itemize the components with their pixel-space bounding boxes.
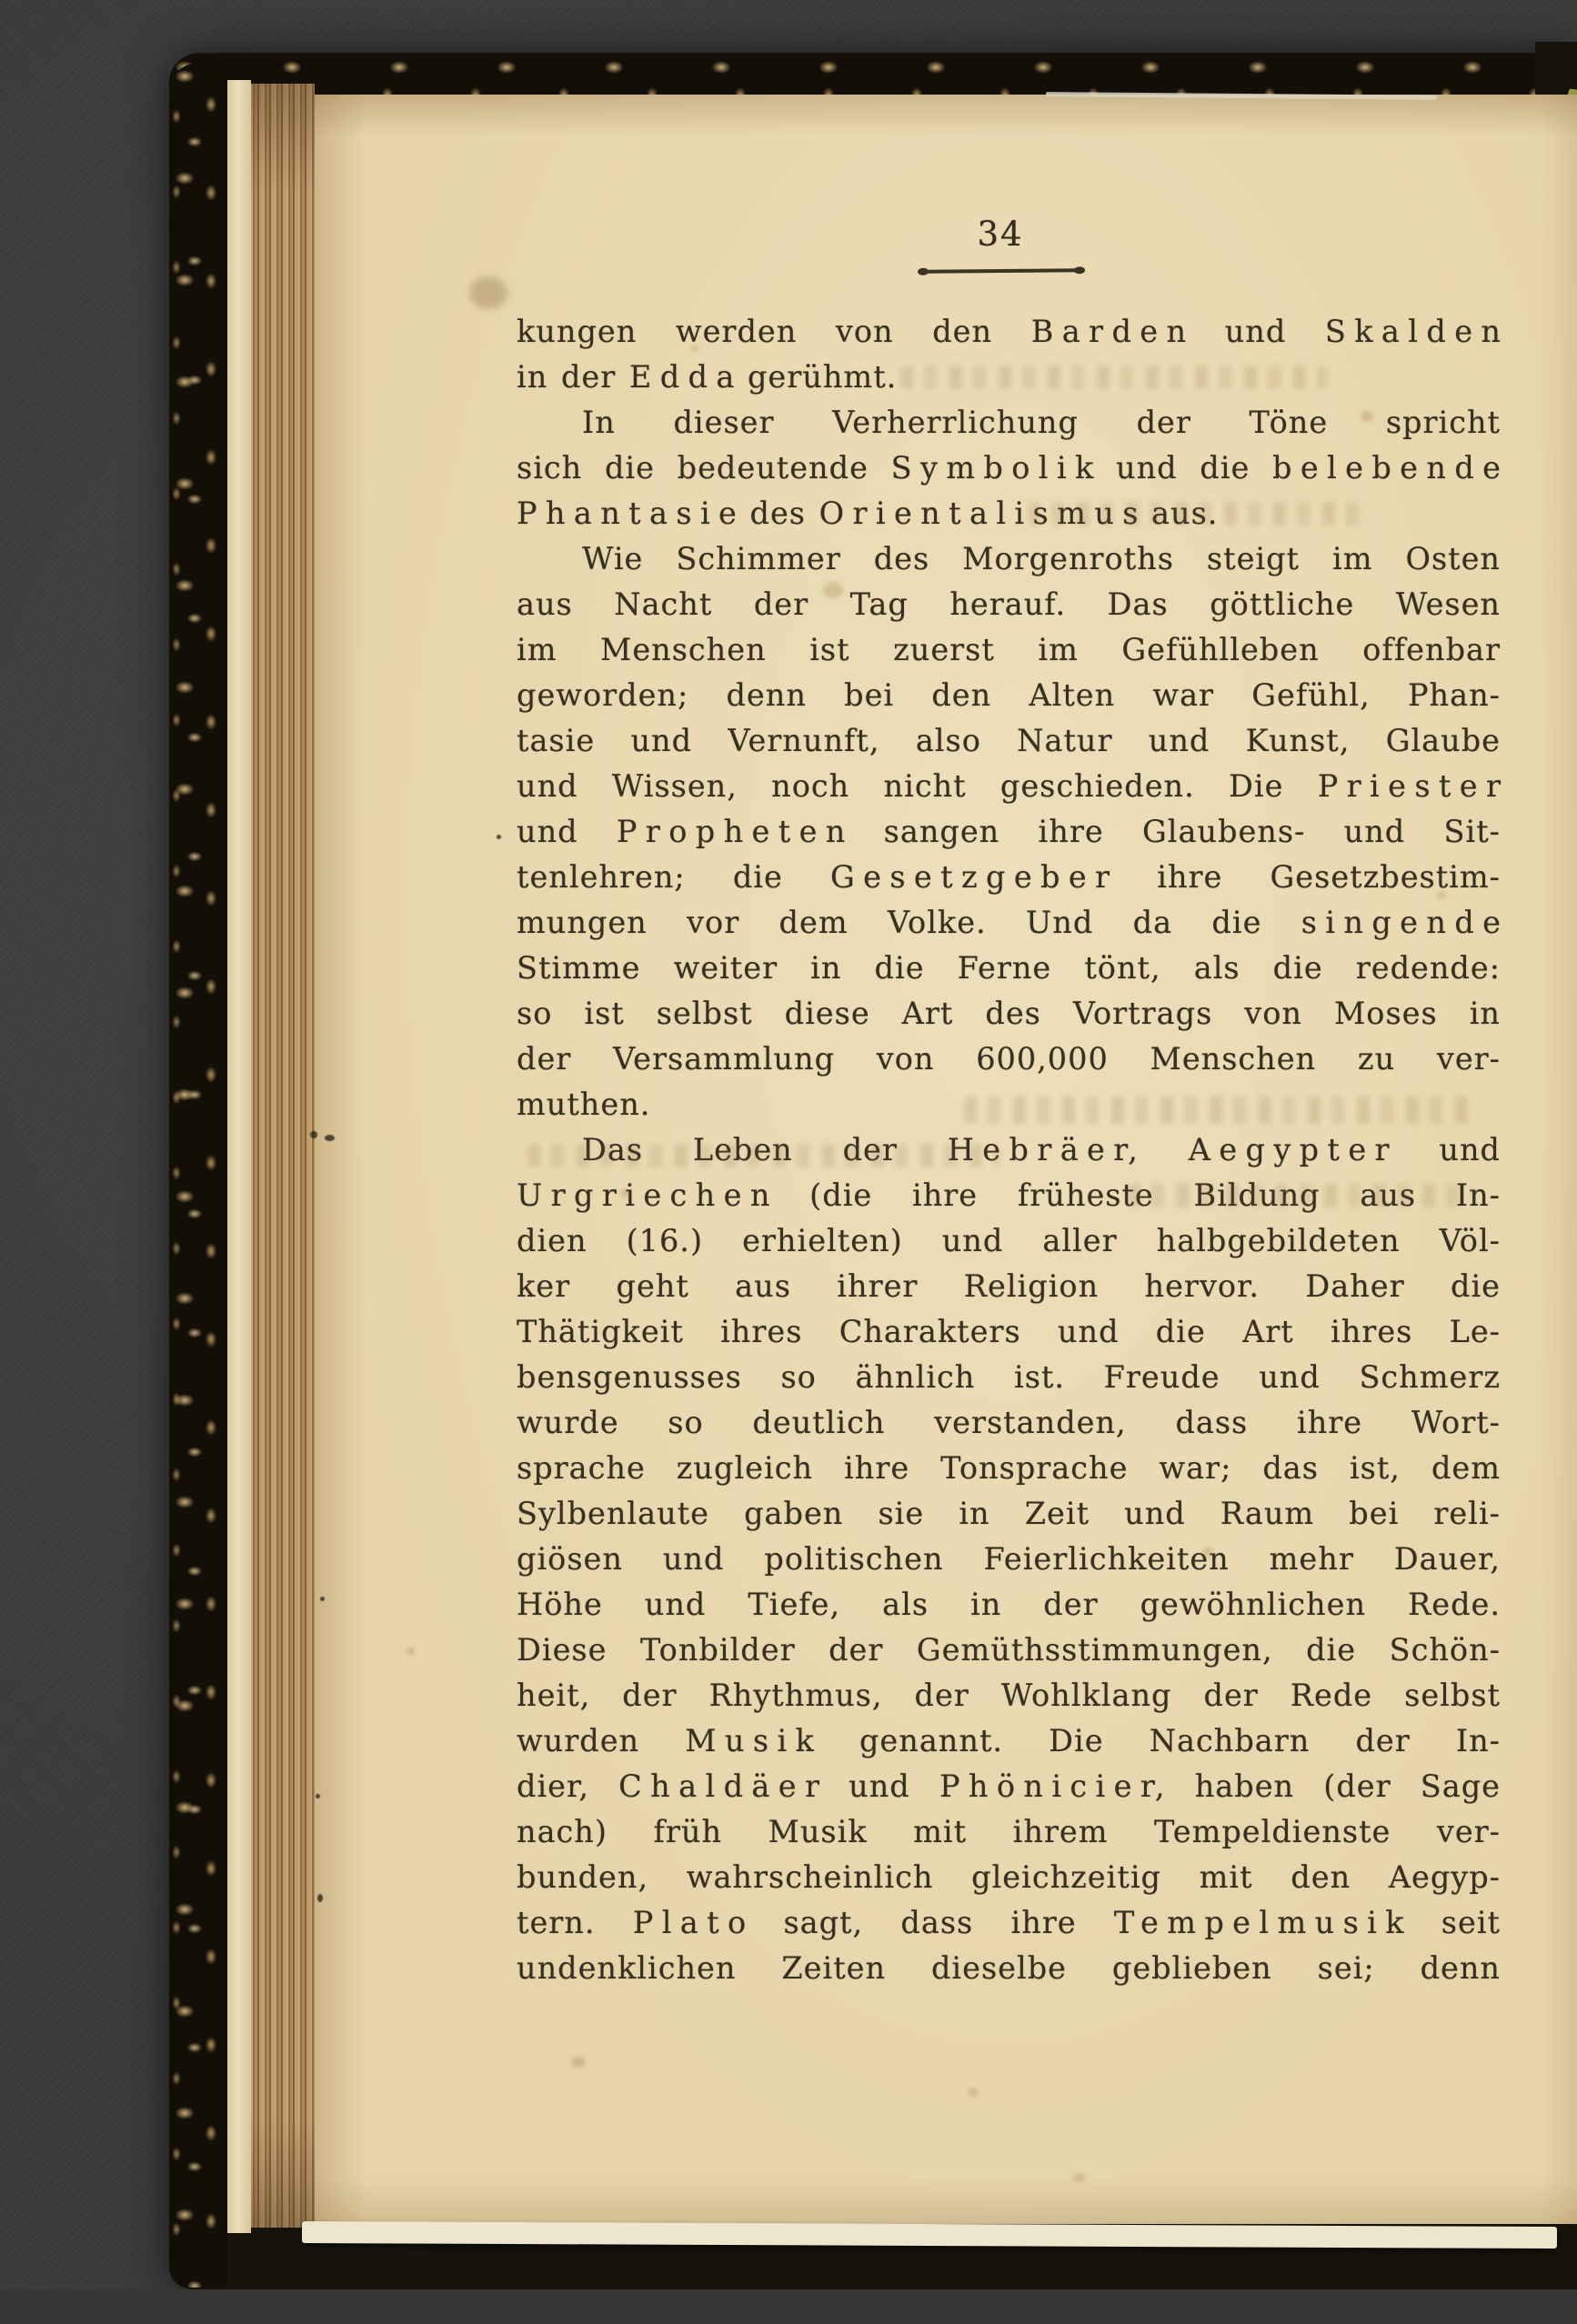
letterspaced-word: Urgriechen bbox=[517, 1177, 778, 1213]
letterspaced-word: Aegypter bbox=[1189, 1132, 1398, 1167]
text-line: nach) früh Musik mit ihrem Tempeldienste… bbox=[517, 1809, 1501, 1855]
margin-ink-speck bbox=[320, 1597, 325, 1601]
foxing-stain bbox=[1202, 1548, 1213, 1557]
foxing-stain bbox=[620, 1189, 629, 1197]
foxing-stain bbox=[469, 276, 507, 309]
text-line: tern. Plato sagt, dass ihre Tempelmusik … bbox=[517, 1900, 1501, 1946]
text-run: bunden, wahrscheinlich gleichzeitig mit … bbox=[517, 1859, 1501, 1895]
text-line: Höhe und Tiefe, als in der gewöhnlichen … bbox=[517, 1582, 1501, 1628]
letterspaced-word: singende bbox=[1301, 905, 1510, 940]
page-number-rule bbox=[920, 268, 1082, 274]
letterspaced-word: Tempelmusik bbox=[1114, 1905, 1412, 1940]
text-run: Diese Tonbilder der Gemüthsstimmungen, d… bbox=[517, 1632, 1501, 1668]
text-line: im Menschen ist zuerst im Gefühlleben of… bbox=[517, 627, 1501, 673]
letterspaced-word: belebende bbox=[1272, 450, 1509, 486]
text-line: ker geht aus ihrer Religion hervor. Dahe… bbox=[517, 1264, 1501, 1309]
text-line: Stimme weiter in die Ferne tönt, als die… bbox=[517, 946, 1501, 991]
text-run: genannt. Die Nachbarn der In- bbox=[814, 1723, 1501, 1758]
text-run: und bbox=[1390, 1132, 1501, 1167]
text-run: wurde so deutlich verstanden, dass ihre … bbox=[517, 1405, 1501, 1440]
text-line: Thätigkeit ihres Charakters und die Art … bbox=[517, 1309, 1501, 1355]
marbled-cover-edge-left bbox=[169, 64, 227, 2288]
text-line: bunden, wahrscheinlich gleichzeitig mit … bbox=[517, 1855, 1501, 1900]
text-line: giösen und politischen Feierlichkeiten m… bbox=[517, 1537, 1501, 1582]
text-run: Wie Schimmer des Morgenroths steigt im O… bbox=[582, 541, 1501, 576]
verso-showthrough bbox=[964, 1097, 1473, 1124]
letterspaced-word: Phantasie bbox=[517, 496, 745, 531]
page-number: 34 bbox=[909, 215, 1091, 254]
text-run: ker geht aus ihrer Religion hervor. Dahe… bbox=[517, 1268, 1501, 1304]
text-line: geworden; denn bei den Alten war Gefühl,… bbox=[517, 673, 1501, 718]
text-line: dier, Chaldäer und Phönicier, haben (der… bbox=[517, 1764, 1501, 1809]
text-line: sich die bedeutende Symbolik und die bel… bbox=[517, 446, 1501, 491]
text-run: Stimme weiter in die Ferne tönt, als die… bbox=[517, 950, 1501, 986]
foxing-stain bbox=[691, 346, 698, 352]
text-run: sich die bedeutende bbox=[517, 450, 891, 486]
foxing-stain bbox=[1073, 2173, 1086, 2182]
text-run: dier, bbox=[517, 1768, 618, 1804]
letterspaced-word: Symbolik bbox=[891, 450, 1102, 486]
margin-ink-speck bbox=[497, 835, 501, 839]
foxing-stain bbox=[571, 2057, 586, 2068]
text-line: sprache zugleich ihre Tonsprache war; da… bbox=[517, 1446, 1501, 1491]
text-line: Sylbenlaute gaben sie in Zeit und Raum b… bbox=[517, 1491, 1501, 1537]
text-run: aus Nacht der Tag herauf. Das göttliche … bbox=[517, 586, 1501, 622]
text-line: so ist selbst diese Art des Vortrags von… bbox=[517, 991, 1501, 1037]
text-run: seit bbox=[1404, 1905, 1501, 1940]
letterspaced-word: Phönicier bbox=[939, 1768, 1163, 1804]
text-run: bensgenusses so ähnlich ist. Freude und … bbox=[517, 1359, 1501, 1395]
verso-showthrough bbox=[1128, 1184, 1473, 1207]
foxing-stain bbox=[968, 2088, 979, 2097]
text-line: In dieser Verherrlichung der Töne sprich… bbox=[517, 400, 1501, 446]
text-run: mungen vor dem Volke. Und da die bbox=[517, 905, 1301, 940]
letterspaced-word: Edda bbox=[629, 359, 743, 395]
text-run: muthen. bbox=[517, 1087, 650, 1122]
text-line: Diese Tonbilder der Gemüthsstimmungen, d… bbox=[517, 1628, 1501, 1673]
text-run: In dieser Verherrlichung der Töne sprich… bbox=[582, 405, 1501, 440]
text-line: und Propheten sangen ihre Glaubens- und … bbox=[517, 809, 1501, 855]
margin-ink-speck bbox=[317, 1894, 323, 1902]
text-run: , bbox=[1128, 1132, 1188, 1167]
letterspaced-word: Gesetzgeber bbox=[830, 859, 1118, 895]
text-run: heit, der Rhythmus, der Wohlklang der Re… bbox=[517, 1678, 1501, 1713]
text-run: sprache zugleich ihre Tonsprache war; da… bbox=[517, 1450, 1501, 1486]
text-run: wurden bbox=[517, 1723, 685, 1758]
text-line: mungen vor dem Volke. Und da die singend… bbox=[517, 900, 1501, 946]
text-run: undenklichen Zeiten dieselbe geblieben s… bbox=[517, 1950, 1501, 1986]
text-run: Sylbenlaute gaben sie in Zeit und Raum b… bbox=[517, 1496, 1501, 1531]
text-line: dien (16.) erhielten) und aller halbgebi… bbox=[517, 1218, 1501, 1264]
text-run: giösen und politischen Feierlichkeiten m… bbox=[517, 1541, 1501, 1577]
foxing-stain bbox=[407, 1648, 415, 1655]
text-run: tasie und Vernunft, also Natur und Kunst… bbox=[517, 723, 1501, 758]
text-run: und bbox=[517, 814, 617, 849]
text-run: gerühmt. bbox=[734, 359, 897, 395]
page-header: 34 bbox=[909, 215, 1091, 254]
text-line: kungen werden von den Barden und Skalden bbox=[517, 309, 1501, 355]
photo-background-bottom bbox=[0, 2289, 1577, 2324]
text-line: tasie und Vernunft, also Natur und Kunst… bbox=[517, 718, 1501, 764]
text-run: so ist selbst diese Art des Vortrags von… bbox=[517, 996, 1501, 1031]
foxing-stain bbox=[1361, 411, 1373, 422]
page-edges-stack bbox=[251, 84, 315, 2228]
book-scan-photo: 34 kungen werden von den Barden und Skal… bbox=[0, 0, 1577, 2324]
text-run: dien (16.) erhielten) und aller halbgebi… bbox=[517, 1223, 1501, 1258]
text-run: und bbox=[1186, 314, 1325, 349]
text-line: bensgenusses so ähnlich ist. Freude und … bbox=[517, 1355, 1501, 1400]
text-run: der Versammlung von 600,000 Menschen zu … bbox=[517, 1041, 1501, 1077]
text-run: tenlehren; die bbox=[517, 859, 830, 895]
letterspaced-word: Propheten bbox=[617, 814, 854, 849]
letterspaced-word: Musik bbox=[685, 1723, 822, 1758]
text-line: tenlehren; die Gesetzgeber ihre Gesetzbe… bbox=[517, 855, 1501, 900]
letterspaced-word: Plato bbox=[633, 1905, 755, 1940]
letterspaced-word: Skalden bbox=[1325, 314, 1509, 349]
text-run: ihre Gesetzbestim- bbox=[1110, 859, 1501, 895]
text-line: und Wissen, noch nicht geschieden. Die P… bbox=[517, 764, 1501, 809]
text-run: Höhe und Tiefe, als in der gewöhnlichen … bbox=[517, 1587, 1501, 1622]
text-run: nach) früh Musik mit ihrem Tempeldienste… bbox=[517, 1814, 1501, 1849]
text-run: und die bbox=[1093, 450, 1272, 486]
margin-ink-speck bbox=[325, 1135, 335, 1141]
text-run: Thätigkeit ihres Charakters und die Art … bbox=[517, 1314, 1501, 1349]
foxing-stain bbox=[1437, 891, 1446, 899]
letterspaced-word: Barden bbox=[1031, 314, 1195, 349]
text-line: aus Nacht der Tag herauf. Das göttliche … bbox=[517, 582, 1501, 627]
text-run: geworden; denn bei den Alten war Gefühl,… bbox=[517, 677, 1501, 713]
verso-showthrough bbox=[1028, 502, 1364, 526]
text-run: sangen ihre Glaubens- und Sit- bbox=[845, 814, 1501, 849]
text-line: wurde so deutlich verstanden, dass ihre … bbox=[517, 1400, 1501, 1446]
margin-ink-speck bbox=[316, 1794, 320, 1798]
text-run: in der bbox=[517, 359, 629, 395]
text-run: sagt, dass ihre bbox=[746, 1905, 1114, 1940]
text-run: und Wissen, noch nicht geschieden. Die bbox=[517, 768, 1318, 804]
text-run: , haben (der Sage bbox=[1155, 1768, 1501, 1804]
letterspaced-word: Chaldäer bbox=[618, 1768, 828, 1804]
page-edges-light bbox=[227, 80, 251, 2233]
foxing-stain bbox=[823, 582, 843, 598]
text-line: der Versammlung von 600,000 Menschen zu … bbox=[517, 1037, 1501, 1082]
verso-showthrough bbox=[900, 366, 1328, 389]
text-line: wurden Musik genannt. Die Nachbarn der I… bbox=[517, 1718, 1501, 1764]
text-run: im Menschen ist zuerst im Gefühlleben of… bbox=[517, 632, 1501, 667]
letterspaced-word: Priester bbox=[1318, 768, 1510, 804]
text-run: tern. bbox=[517, 1905, 633, 1940]
verso-showthrough bbox=[527, 1144, 1000, 1167]
text-run: und bbox=[819, 1768, 939, 1804]
text-line: undenklichen Zeiten dieselbe geblieben s… bbox=[517, 1946, 1501, 1991]
margin-ink-speck bbox=[310, 1131, 317, 1138]
text-run: des bbox=[737, 496, 819, 531]
text-line: heit, der Rhythmus, der Wohlklang der Re… bbox=[517, 1673, 1501, 1718]
text-run: kungen werden von den bbox=[517, 314, 1031, 349]
text-line: Wie Schimmer des Morgenroths steigt im O… bbox=[517, 536, 1501, 582]
